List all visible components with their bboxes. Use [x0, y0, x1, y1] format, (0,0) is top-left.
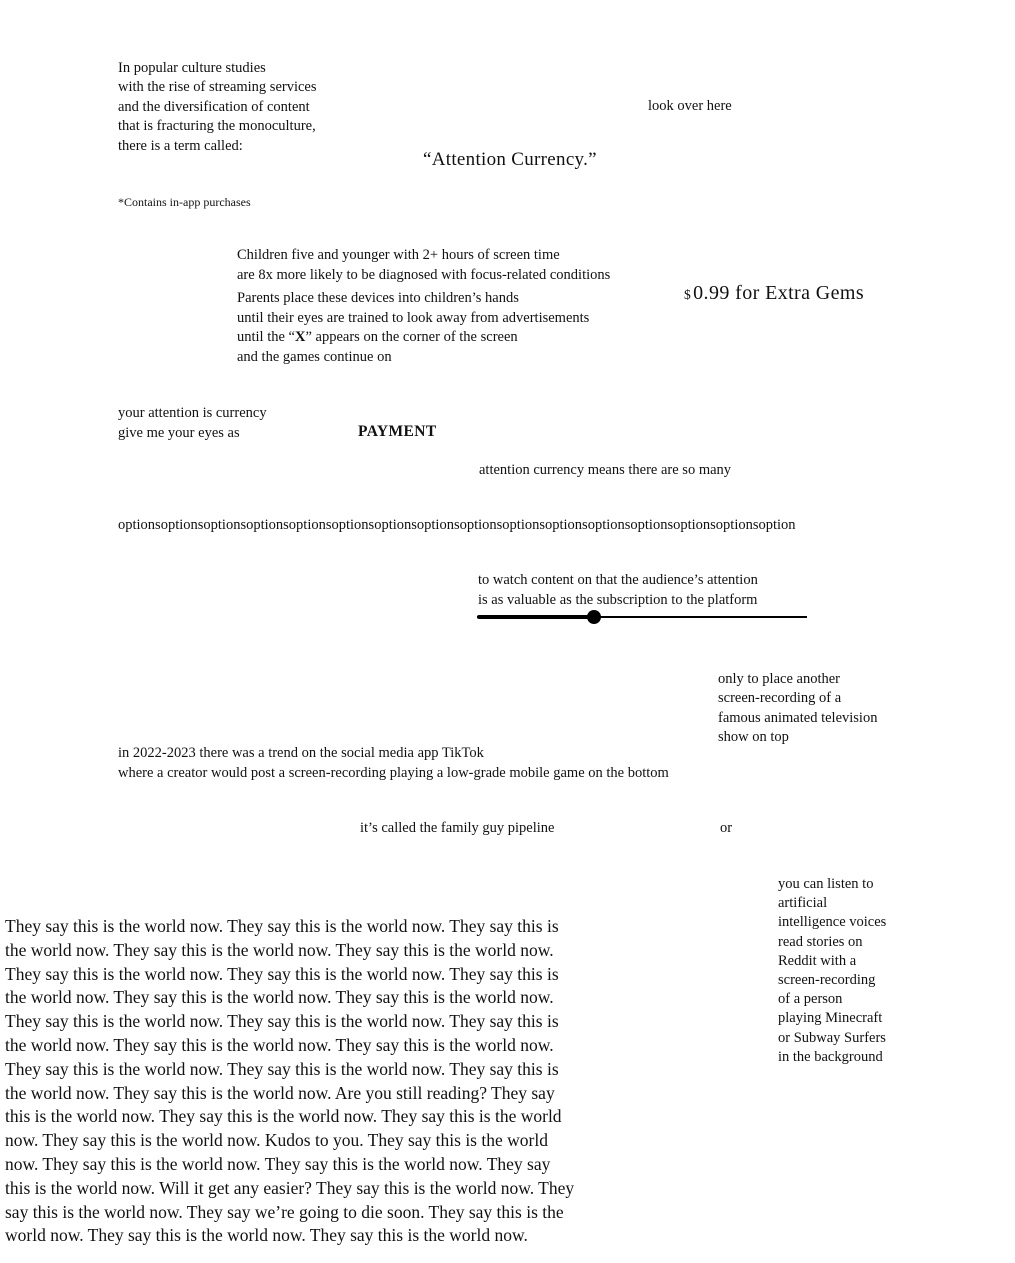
overlay-show-text: only to place another screen-recording o…	[718, 670, 877, 747]
or-text: or	[720, 819, 732, 838]
watch-content-text: to watch content on that the audience’s …	[478, 571, 758, 610]
slider-knob[interactable]	[587, 610, 601, 624]
dollar-sign: $	[684, 287, 691, 302]
parents-devices-text: Parents place these devices into childre…	[237, 289, 589, 368]
in-app-purchases-disclaimer: *Contains in-app purchases	[118, 193, 251, 212]
page-title: “Attention Currency.”	[423, 150, 597, 169]
slider-played-bar[interactable]	[477, 615, 594, 619]
poem-page: { "page": { "intro": "In popular culture…	[0, 0, 1015, 1263]
screen-time-stats-text: Children five and younger with 2+ hours …	[237, 246, 610, 285]
bold-x: X	[295, 329, 305, 345]
pipeline-text: it’s called the family guy pipeline	[360, 819, 555, 838]
parents-line-3-post: ” appears on the corner of the screen	[305, 329, 517, 345]
payment-label: PAYMENT	[358, 422, 437, 441]
look-over-here-text: look over here	[648, 97, 732, 116]
intro-text: In popular culture studies with the rise…	[118, 59, 317, 156]
parents-line-2: until their eyes are trained to look awa…	[237, 310, 589, 326]
progress-slider[interactable]	[477, 610, 807, 624]
world-now-paragraph: They say this is the world now. They say…	[5, 915, 685, 1248]
reddit-voices-text: you can listen to artificial intelligenc…	[778, 875, 886, 1067]
parents-line-1: Parents place these devices into childre…	[237, 290, 519, 306]
tiktok-trend-text: in 2022-2023 there was a trend on the so…	[118, 744, 669, 783]
price-text: $0.99 for Extra Gems	[684, 284, 864, 304]
attention-currency-text: your attention is currency give me your …	[118, 404, 267, 443]
parents-line-3-pre: until the “	[237, 329, 295, 345]
attention-means-text: attention currency means there are so ma…	[479, 461, 731, 480]
parents-line-4: and the games continue on	[237, 349, 392, 365]
price-amount: 0.99 for Extra Gems	[693, 282, 864, 304]
options-runon-text: optionsoptionsoptionsoptionsoptionsoptio…	[118, 516, 796, 535]
